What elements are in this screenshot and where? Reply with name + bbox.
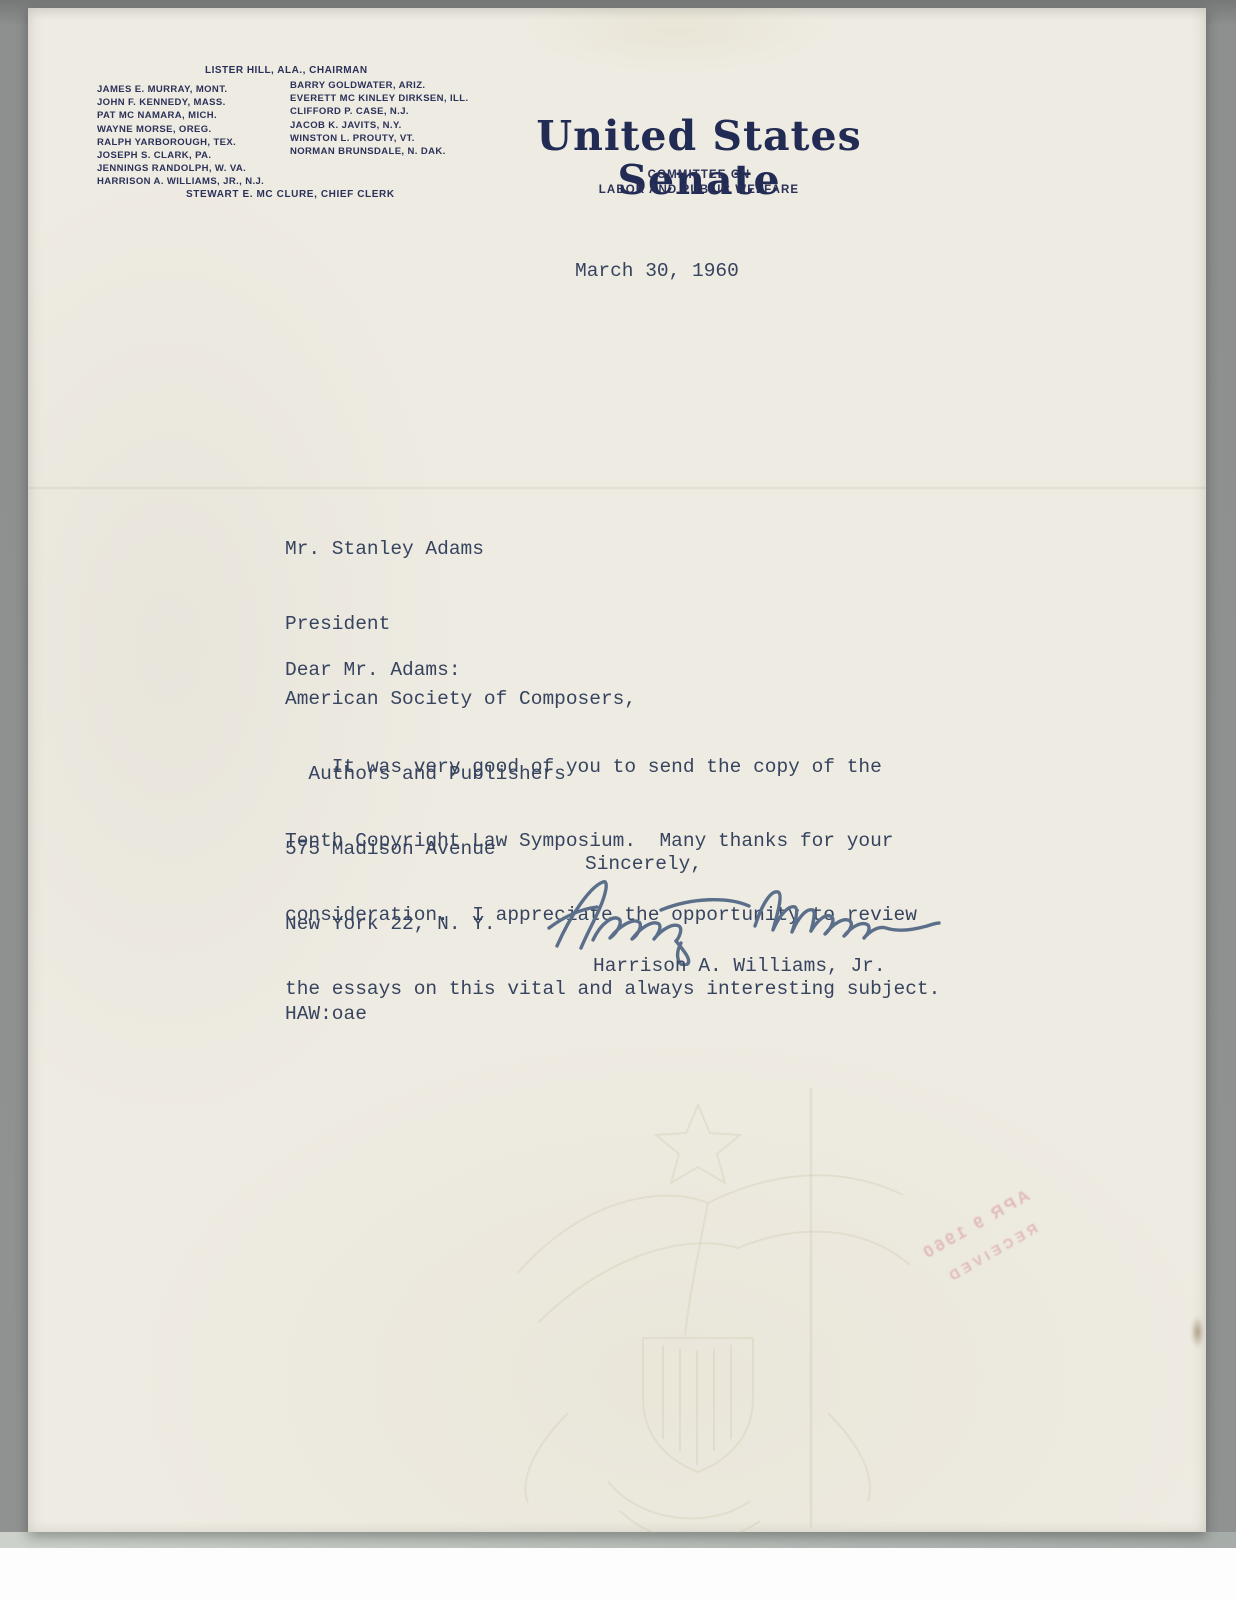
edge-blemish — [1191, 1316, 1204, 1348]
reference-initials: HAW:oae — [285, 1002, 367, 1027]
member-name: CLIFFORD P. CASE, N.J. — [290, 105, 469, 118]
member-name: BARRY GOLDWATER, ARIZ. — [290, 79, 469, 92]
member-name: EVERETT MC KINLEY DIRKSEN, ILL. — [290, 92, 469, 105]
letter-paper: LISTER HILL, ALA., CHAIRMAN JAMES E. MUR… — [28, 8, 1206, 1532]
fold-crease-vertical — [810, 1088, 812, 1528]
salutation: Dear Mr. Adams: — [285, 658, 461, 683]
eagle-watermark — [458, 1083, 938, 1533]
typed-signature-name: Harrison A. Williams, Jr. — [593, 954, 886, 979]
member-name: JOHN F. KENNEDY, MASS. — [97, 96, 264, 109]
member-name: JOSEPH S. CLARK, PA. — [97, 149, 264, 162]
body-line: the essays on this vital and always inte… — [285, 977, 940, 1002]
signature — [543, 870, 943, 966]
address-line: President — [285, 612, 636, 637]
address-line: Mr. Stanley Adams — [285, 537, 636, 562]
members-right-column: BARRY GOLDWATER, ARIZ. EVERETT MC KINLEY… — [290, 79, 469, 158]
scanner-bed-strip — [0, 1532, 1236, 1548]
member-name: JAMES E. MURRAY, MONT. — [97, 83, 264, 96]
committee-line1: COMMITTEE ON — [489, 168, 909, 183]
chief-clerk-line: STEWART E. MC CLURE, CHIEF CLERK — [186, 189, 395, 200]
member-name: WAYNE MORSE, OREG. — [97, 123, 264, 136]
committee-line2: LABOR AND PUBLIC WELFARE — [489, 183, 909, 198]
member-name: PAT MC NAMARA, MICH. — [97, 109, 264, 122]
member-name: JACOB K. JAVITS, N.Y. — [290, 119, 469, 132]
member-name: NORMAN BRUNSDALE, N. DAK. — [290, 145, 469, 158]
member-name: JENNINGS RANDOLPH, W. VA. — [97, 162, 264, 175]
chairman-line: LISTER HILL, ALA., CHAIRMAN — [205, 65, 368, 76]
member-name: WINSTON L. PROUTY, VT. — [290, 132, 469, 145]
date-line: March 30, 1960 — [575, 259, 739, 284]
body-line: Tenth Copyright Law Symposium. Many than… — [285, 829, 940, 854]
member-name: HARRISON A. WILLIAMS, JR., N.J. — [97, 175, 264, 188]
committee-name: COMMITTEE ON LABOR AND PUBLIC WELFARE — [489, 168, 909, 197]
member-name: RALPH YARBOROUGH, TEX. — [97, 136, 264, 149]
bottom-white-band — [0, 1548, 1236, 1600]
members-left-column: JAMES E. MURRAY, MONT. JOHN F. KENNEDY, … — [97, 83, 264, 189]
scanned-letter-page: LISTER HILL, ALA., CHAIRMAN JAMES E. MUR… — [0, 0, 1236, 1600]
body-line: It was very good of you to send the copy… — [285, 755, 940, 780]
